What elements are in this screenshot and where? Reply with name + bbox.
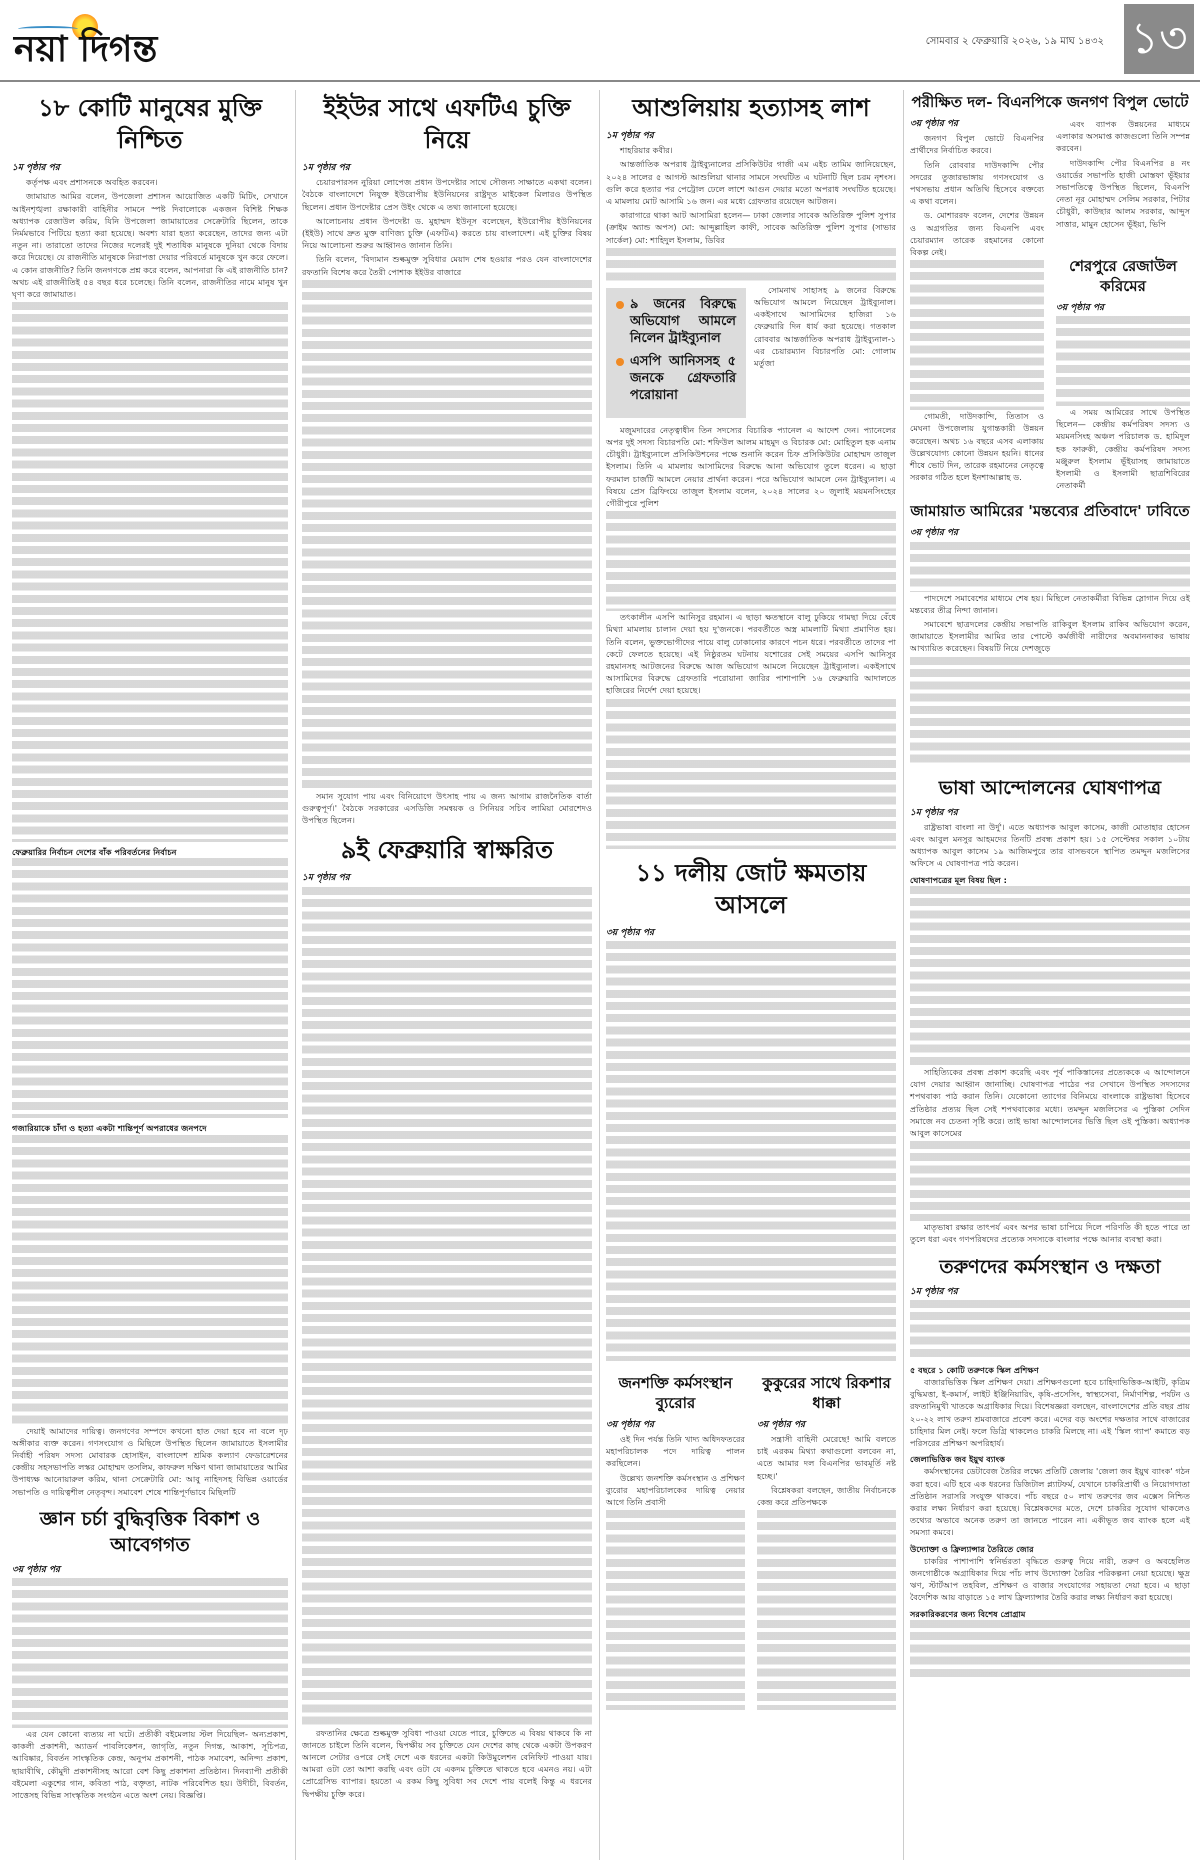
- subhead: ঘোষণাপত্রের মূল বিষয় ছিল :: [910, 874, 1190, 886]
- article-bnp-vote[interactable]: পরীক্ষিত দল- বিএনপিকে জনগণ বিপুল ভোটে ৩য…: [910, 92, 1190, 493]
- body-text-placeholder: [910, 1300, 1190, 1360]
- paragraph: সন্ত্রাসী বাহিনী মেরেছে! আমি বলতে চাই এর…: [757, 1433, 896, 1482]
- column-3: আশুলিয়ায় হত্যাসহ লাশ ১ম পৃষ্ঠার পর শাহ…: [606, 88, 896, 1718]
- paragraph: উল্লেখ্য জনশক্তি কর্মসংস্থান ও প্রশিক্ষণ…: [606, 1472, 745, 1509]
- continued-label: ১ম পৃষ্ঠার পর: [12, 162, 288, 174]
- column-divider: [903, 90, 904, 1860]
- paragraph: রফতানির ক্ষেত্রে শুল্কমুক্ত সুবিধা পাওয়…: [302, 1727, 592, 1800]
- continued-label: ৩য় পৃষ্ঠার পর: [12, 1564, 288, 1576]
- paragraph: তিনি রোববার দাউদকান্দি পৌর সদরের তুজারভা…: [910, 159, 1044, 208]
- body-text-placeholder: [606, 511, 896, 611]
- headline[interactable]: ৯ই ফেব্রুয়ারি স্বাক্ষরিত: [302, 834, 592, 866]
- highlight-item: ৯ জনের বিরুদ্ধে অভিযোগ আমলে নিলেন ট্রাইব…: [616, 296, 736, 347]
- headline[interactable]: তরুণদের কর্মসংস্থান ও দক্ষতা: [910, 1254, 1190, 1280]
- headline[interactable]: পরীক্ষিত দল- বিএনপিকে জনগণ বিপুল ভোটে: [910, 92, 1190, 112]
- body-text-placeholder: [606, 941, 896, 1361]
- body-text-placeholder: [910, 260, 1044, 410]
- article-language[interactable]: ভাষা আন্দোলনের ঘোষণাপত্র ১ম পৃষ্ঠার পর র…: [910, 775, 1190, 1246]
- continued-label: ১ম পৃষ্ঠার পর: [302, 872, 592, 884]
- column-2: ইইউর সাথে এফটিএ চুক্তি নিয়ে ১ম পৃষ্ঠার …: [302, 88, 592, 1808]
- column-1: ১৮ কোটি মানুষের মুক্তি নিশ্চিত ১ম পৃষ্ঠা…: [12, 88, 288, 1809]
- body-text-placeholder: [12, 302, 288, 842]
- left-subcolumn: ৩য় পৃষ্ঠার পর জনগণ বিপুল ভোটে বিএনপির প…: [910, 118, 1044, 493]
- wave-icon: [18, 26, 78, 32]
- body-text-placeholder: [910, 542, 1190, 592]
- paragraph: এর যেন কোনো ব্যত্যয় না ঘটে। প্রতীকী বইম…: [12, 1728, 288, 1801]
- paragraph: পাদদেশে সমাবেশের মাধ্যমে শেষ হয়। মিছিলে…: [910, 592, 1190, 616]
- paragraph: বিশ্লেষকরা বলছেন, জাতীয় নির্বাচনকে কেন্…: [757, 1484, 896, 1508]
- article-boimela[interactable]: জ্ঞান চর্চা বুদ্ধিবৃত্তিক বিকাশ ও আবেগগত…: [12, 1506, 288, 1801]
- body-text-placeholder: [12, 858, 288, 1118]
- article-columns: ৩য় পৃষ্ঠার পর জনগণ বিপুল ভোটে বিএনপির প…: [910, 118, 1190, 493]
- paragraph: সাহিত্যিকের প্রবন্ধ প্রকাশ করেছি এবং পূর…: [910, 1066, 1190, 1139]
- highlight-item: এসপি আনিসসহ ৫ জনকে গ্রেফতারি পরোয়ানা: [616, 353, 736, 404]
- headline[interactable]: শেরপুরে রেজাউল করিমের: [1056, 256, 1190, 296]
- paragraph: কারাগারে থাকা আট আসামিরা হলেন— ঢাকা জেলা…: [606, 209, 896, 246]
- paragraph: শাহরিয়ার কবীর।: [606, 144, 896, 156]
- paragraph: কর্তৃপক্ষ এবং প্রশাসনকে অবহিত করবেন।: [12, 176, 288, 188]
- continued-label: ৩য় পৃষ্ঠার পর: [757, 1419, 896, 1431]
- body-text-placeholder: [12, 1578, 288, 1728]
- paragraph: দাউদকান্দি পৌর বিএনপির ৪ নং ওয়ার্ডের সভ…: [1056, 157, 1190, 230]
- headline[interactable]: ভাষা আন্দোলনের ঘোষণাপত্র: [910, 775, 1190, 801]
- paragraph: এ সময় আমিরের সাথে উপস্থিত ছিলেন— কেন্দ্…: [1056, 406, 1190, 491]
- paragraph: রাষ্ট্রভাষা বাংলা না উর্দু'। এতে অধ্যাপক…: [910, 821, 1190, 870]
- headline[interactable]: জামায়াত আমিরের 'মন্তব্যের প্রতিবাদে' ঢা…: [910, 501, 1190, 521]
- paragraph: ওই দিন পর্যন্ত তিনি খাদ্য অধিদফতরের মহাপ…: [606, 1433, 745, 1470]
- body-text-placeholder: [302, 280, 592, 790]
- paragraph: দেয়াই আমাদের দায়িত্ব। জনগণের সম্পদে কখ…: [12, 1425, 288, 1498]
- body-text-placeholder: [1056, 316, 1190, 406]
- article-feb9[interactable]: ৯ই ফেব্রুয়ারি স্বাক্ষরিত ১ম পৃষ্ঠার পর …: [302, 834, 592, 1799]
- paragraph: মজুমদারের নেতৃত্বাধীন তিন সদস্যের বিচারি…: [606, 424, 896, 509]
- body-text-placeholder: [606, 699, 896, 849]
- continued-label: ১ম পৃষ্ঠার পর: [910, 1286, 1190, 1298]
- paragraph: সমান সুযোগ পায় এবং বিনিয়োগে উৎসাহ পায়…: [302, 790, 592, 827]
- continued-label: ৩য় পৃষ্ঠার পর: [606, 927, 896, 939]
- body-text-placeholder: [302, 887, 592, 1727]
- body-text-placeholder: [910, 657, 1190, 767]
- column-divider: [599, 90, 600, 1860]
- headline[interactable]: জ্ঞান চর্চা বুদ্ধিবৃত্তিক বিকাশ ও আবেগগত: [12, 1506, 288, 1558]
- headline[interactable]: জনশক্তি কর্মসংস্থান ব্যুরোর: [606, 1373, 745, 1413]
- article-rickshaw[interactable]: কুকুরের সাথে রিকশার ধাক্কা ৩য় পৃষ্ঠার প…: [757, 1369, 896, 1710]
- continued-label: ১ম পৃষ্ঠার পর: [302, 162, 592, 174]
- body-text-placeholder: [606, 1510, 745, 1710]
- subhead: ফেব্রুয়ারির নির্বাচন দেশের বাঁক পরিবর্ত…: [12, 846, 288, 858]
- body-text-placeholder: [910, 886, 1190, 1066]
- continued-label: ১ম পৃষ্ঠার পর: [910, 807, 1190, 819]
- column-divider: [295, 90, 296, 1860]
- subhead: ৫ বছরে ১ কোটি তরুণকে স্কিল প্রশিক্ষণ: [910, 1364, 1190, 1376]
- headline[interactable]: ১১ দলীয় জোট ক্ষমতায় আসলে: [606, 857, 896, 921]
- article-mukti[interactable]: ১৮ কোটি মানুষের মুক্তি নিশ্চিত ১ম পৃষ্ঠা…: [12, 92, 288, 1498]
- paragraph: চাকরির পাশাপাশি স্বনির্ভরতা বৃদ্ধিতে গুর…: [910, 1555, 1190, 1604]
- paragraph: আলোচনায় প্রধান উপদেষ্টা ড. মুহাম্মদ ইউন…: [302, 215, 592, 252]
- article-ashulia[interactable]: আশুলিয়ায় হত্যাসহ লাশ ১ম পৃষ্ঠার পর শাহ…: [606, 92, 896, 849]
- article-bureau[interactable]: জনশক্তি কর্মসংস্থান ব্যুরোর ৩য় পৃষ্ঠার …: [606, 1369, 745, 1710]
- headline[interactable]: কুকুরের সাথে রিকশার ধাক্কা: [757, 1373, 896, 1413]
- headline[interactable]: ১৮ কোটি মানুষের মুক্তি নিশ্চিত: [12, 92, 288, 156]
- paragraph: গোমতী, দাউদকান্দি, তিতাস ও মেঘনা উপজেলায…: [910, 410, 1044, 483]
- continued-label: ১ম পৃষ্ঠার পর: [606, 130, 896, 142]
- paragraph: ড. মোশাররফ বলেন, দেশের উন্নয়ন ও অগ্রগতি…: [910, 209, 1044, 258]
- body-text-placeholder: [1056, 232, 1190, 252]
- continued-label: ৩য় পৃষ্ঠার পর: [910, 118, 1044, 130]
- continued-label: ৩য় পৃষ্ঠার পর: [1056, 302, 1190, 314]
- body-text-placeholder: [12, 1135, 288, 1425]
- paragraph: আন্তর্জাতিক অপরাধ ট্রাইব্যুনালের প্রসিকি…: [606, 158, 896, 207]
- body-text-placeholder: [606, 248, 896, 284]
- subhead: জেলাভিত্তিক জব ইয়ুথ ব্যাংক: [910, 1453, 1190, 1465]
- body-text-placeholder: [910, 1620, 1190, 1680]
- paragraph: জামায়াত আমির বলেন, উপজেলা প্রশাসন আয়োজ…: [12, 190, 288, 300]
- article-youth[interactable]: তরুণদের কর্মসংস্থান ও দক্ষতা ১ম পৃষ্ঠার …: [910, 1254, 1190, 1680]
- column-4: পরীক্ষিত দল- বিএনপিকে জনগণ বিপুল ভোটে ৩য…: [910, 88, 1190, 1688]
- headline[interactable]: আশুলিয়ায় হত্যাসহ লাশ: [606, 92, 896, 124]
- dateline: সোমবার ২ ফেব্রুয়ারি ২০২৬, ১৯ মাঘ ১৪৩২: [926, 34, 1104, 51]
- article-protest[interactable]: জামায়াত আমিরের 'মন্তব্যের প্রতিবাদে' ঢা…: [910, 501, 1190, 766]
- continued-label: ৩য় পৃষ্ঠার পর: [910, 527, 1190, 539]
- highlight-box: ৯ জনের বিরুদ্ধে অভিযোগ আমলে নিলেন ট্রাইব…: [606, 288, 746, 418]
- paragraph: সমাবেশে ছাত্রদলের কেন্দ্রীয় সভাপতি রাকি…: [910, 618, 1190, 655]
- paragraph: জনগণ বিপুল ভোটে বিএনপির প্রার্থীদের নির্…: [910, 132, 1044, 156]
- paragraph: মাতৃভাষা রক্ষার তাৎপর্য এবং অপর ভাষা চাপ…: [910, 1221, 1190, 1245]
- subhead: গজারিয়াকে চাঁদা ও হত্যা একটা শান্তিপূর্…: [12, 1122, 288, 1134]
- article-alliance[interactable]: ১১ দলীয় জোট ক্ষমতায় আসলে ৩য় পৃষ্ঠার প…: [606, 857, 896, 1361]
- paragraph: চেয়ারপারসন নুরিয়া লোপেজ প্রধান উপদেষ্ট…: [302, 176, 592, 213]
- right-subcolumn: এবং ব্যাপক উন্নয়নের মাধ্যমে এলাকার অসমা…: [1056, 118, 1190, 493]
- subhead: সরকারিকরণের জন্য বিশেষ প্রোগ্রাম: [910, 1608, 1190, 1620]
- paragraph: এবং ব্যাপক উন্নয়নের মাধ্যমে এলাকার অসমা…: [1056, 118, 1190, 155]
- bottom-two-articles: জনশক্তি কর্মসংস্থান ব্যুরোর ৩য় পৃষ্ঠার …: [606, 1369, 896, 1718]
- body-text-placeholder: [757, 1510, 896, 1710]
- subhead: উদ্যোক্তা ও ফ্রিল্যান্সার তৈরিতে জোর: [910, 1543, 1190, 1555]
- headline[interactable]: ইইউর সাথে এফটিএ চুক্তি নিয়ে: [302, 92, 592, 156]
- newspaper-logo: নয়া দিগন্ত: [14, 22, 157, 82]
- paragraph: তৎকালীন এসপি আনিসুর রহমান। এ ছাড়া ক্ষতস…: [606, 611, 896, 696]
- paragraph: তিনি বলেন, 'বিদ্যমান শুল্কমুক্ত সুবিধার …: [302, 253, 592, 277]
- paragraph: বাজারভিত্তিক স্কিল প্রশিক্ষণ দেয়া। প্রশ…: [910, 1376, 1190, 1449]
- paragraph: কর্মসংস্থানের ডেটাবেজ তৈরির লক্ষ্যে প্রত…: [910, 1465, 1190, 1538]
- body-text-placeholder: [910, 1141, 1190, 1221]
- continued-label: ৩য় পৃষ্ঠার পর: [606, 1419, 745, 1431]
- page-number: ১৩: [1124, 4, 1194, 74]
- article-eu-fta[interactable]: ইইউর সাথে এফটিএ চুক্তি নিয়ে ১ম পৃষ্ঠার …: [302, 92, 592, 826]
- masthead: নয়া দিগন্ত সোমবার ২ ফেব্রুয়ারি ২০২৬, ১…: [0, 0, 1200, 82]
